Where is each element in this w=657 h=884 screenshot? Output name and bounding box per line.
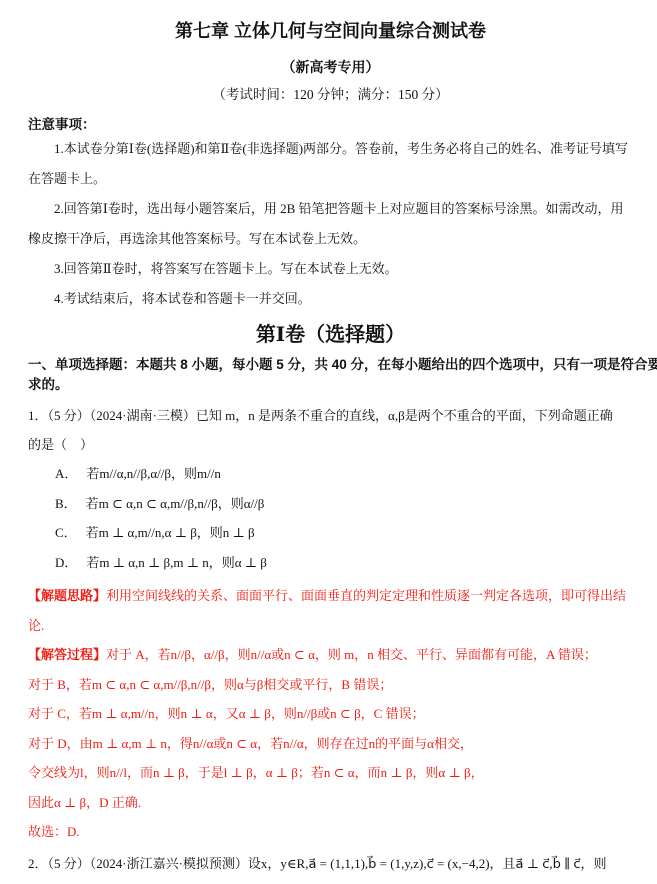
section1-instructions: 一、单项选择题：本题共 8 小题，每小题 5 分，共 40 分，在每小题给出的四… — [28, 355, 633, 394]
option-d-text: 若m ⊥ α,n ⊥ β,m ⊥ n，则α ⊥ β — [86, 555, 266, 570]
option-b: B．若m ⊂ α,n ⊂ α,m//β,n//β，则α//β — [28, 489, 633, 519]
option-c: C．若m ⊥ α,m//n,α ⊥ β，则n ⊥ β — [28, 518, 633, 548]
solution-line: 对于 C，若m ⊥ α,m//n，则n ⊥ α，又α ⊥ β，则n//β或n ⊂… — [28, 699, 633, 729]
solution-text: 论. — [28, 618, 44, 633]
solution-text: 对于 C，若m ⊥ α,m//n，则n ⊥ α，又α ⊥ β，则n//β或n ⊂… — [28, 706, 425, 721]
solution-answer-line: 故选：D. — [28, 817, 633, 847]
solution-text: 对于 D，由m ⊥ α,m ⊥ n，得n//α或n ⊂ α，若n//α，则存在过… — [28, 736, 473, 751]
question1-solution: 【解题思路】利用空间线线的关系、面面平行、面面垂直的判定定理和性质逐一判定各选项… — [28, 581, 633, 847]
option-c-text: 若m ⊥ α,m//n,α ⊥ β，则n ⊥ β — [86, 525, 255, 540]
solution-text: 对于 B，若m ⊂ α,n ⊂ α,m//β,n//β，则α与β相交或平行，B … — [28, 677, 392, 692]
question1-stem: 1．（5 分）（2024·湖南·三模）已知 m，n 是两条不重合的直线，α,β是… — [28, 402, 633, 459]
instructions-line: 一、单项选择题：本题共 8 小题，每小题 5 分，共 40 分，在每小题给出的四… — [28, 355, 633, 375]
solution-text: 利用空间线线的关系、面面平行、面面垂直的判定定理和性质逐一判定各选项，即可得出结 — [106, 588, 626, 603]
option-a: A．若m//α,n//β,α//β，则m//n — [28, 459, 633, 489]
solution-process-label: 【解答过程】 — [28, 647, 106, 662]
solution-line: 令交线为l，则n//l，而n ⊥ β，于是l ⊥ β，α ⊥ β；若n ⊂ α，… — [28, 758, 633, 788]
test-paper-page: 第七章 立体几何与空间向量综合测试卷 （新高考专用） （考试时间：120 分钟；… — [0, 0, 657, 878]
solution-text: 对于 A，若n//β，α//β，则n//α或n ⊂ α，则 m，n 相交、平行、… — [106, 647, 597, 662]
solution-line: 对于 B，若m ⊂ α,n ⊂ α,m//β,n//β，则α与β相交或平行，B … — [28, 670, 633, 700]
question-stem-line: 的是（ ） — [28, 431, 633, 460]
solution-line: 【解题思路】利用空间线线的关系、面面平行、面面垂直的判定定理和性质逐一判定各选项… — [28, 581, 633, 611]
option-a-label: A． — [55, 466, 77, 481]
option-b-label: B． — [55, 496, 77, 511]
notice-list: 1.本试卷分第Ⅰ卷(选择题)和第Ⅱ卷(非选择题)两部分。答卷前，考生务必将自己的… — [28, 134, 633, 314]
exam-info: （考试时间：120 分钟；满分：150 分） — [28, 86, 633, 104]
option-c-label: C． — [55, 525, 77, 540]
solution-answer-text: 故选：D. — [28, 824, 80, 839]
solution-text: 因此α ⊥ β，D 正确. — [28, 795, 141, 810]
notice-item: 3.回答第Ⅱ卷时，将答案写在答题卡上。写在本试卷上无效。 — [28, 254, 633, 284]
option-d: D．若m ⊥ α,n ⊥ β,m ⊥ n，则α ⊥ β — [28, 548, 633, 578]
notice-item: 1.本试卷分第Ⅰ卷(选择题)和第Ⅱ卷(非选择题)两部分。答卷前，考生务必将自己的… — [28, 134, 633, 164]
solution-line: 对于 D，由m ⊥ α,m ⊥ n，得n//α或n ⊂ α，若n//α，则存在过… — [28, 729, 633, 759]
instructions-line: 求的。 — [28, 375, 633, 395]
section1-title: 第Ⅰ卷（选择题） — [28, 320, 633, 350]
option-a-text: 若m//α,n//β,α//β，则m//n — [86, 466, 220, 481]
option-d-label: D． — [55, 555, 77, 570]
solution-line: 论. — [28, 611, 633, 641]
solution-method-label: 【解题思路】 — [28, 588, 106, 603]
question1-options: A．若m//α,n//β,α//β，则m//n B．若m ⊂ α,n ⊂ α,m… — [28, 459, 633, 577]
question-stem-line: 1．（5 分）（2024·湖南·三模）已知 m，n 是两条不重合的直线，α,β是… — [28, 402, 633, 431]
solution-line: 因此α ⊥ β，D 正确. — [28, 788, 633, 818]
page-title: 第七章 立体几何与空间向量综合测试卷 — [28, 16, 633, 46]
notice-item-continuation: 在答题卡上。 — [28, 164, 633, 194]
notice-heading: 注意事项： — [28, 116, 633, 134]
notice-item-continuation: 橡皮擦干净后，再选涂其他答案标号。写在本试卷上无效。 — [28, 224, 633, 254]
question2-stem: 2．（5 分）（2024·浙江嘉兴·模拟预测）设x，y∈R,a⃗ = (1,1,… — [28, 849, 633, 879]
question-stem-line: 2．（5 分）（2024·浙江嘉兴·模拟预测）设x，y∈R,a⃗ = (1,1,… — [28, 849, 633, 879]
solution-text: 令交线为l，则n//l，而n ⊥ β，于是l ⊥ β，α ⊥ β；若n ⊂ α，… — [28, 765, 484, 780]
notice-item: 2.回答第Ⅰ卷时，选出每小题答案后，用 2B 铅笔把答题卡上对应题目的答案标号涂… — [28, 194, 633, 224]
notice-item: 4.考试结束后，将本试卷和答题卡一并交回。 — [28, 284, 633, 314]
page-subtitle: （新高考专用） — [28, 58, 633, 76]
solution-line: 【解答过程】对于 A，若n//β，α//β，则n//α或n ⊂ α，则 m，n … — [28, 640, 633, 670]
option-b-text: 若m ⊂ α,n ⊂ α,m//β,n//β，则α//β — [86, 496, 265, 511]
